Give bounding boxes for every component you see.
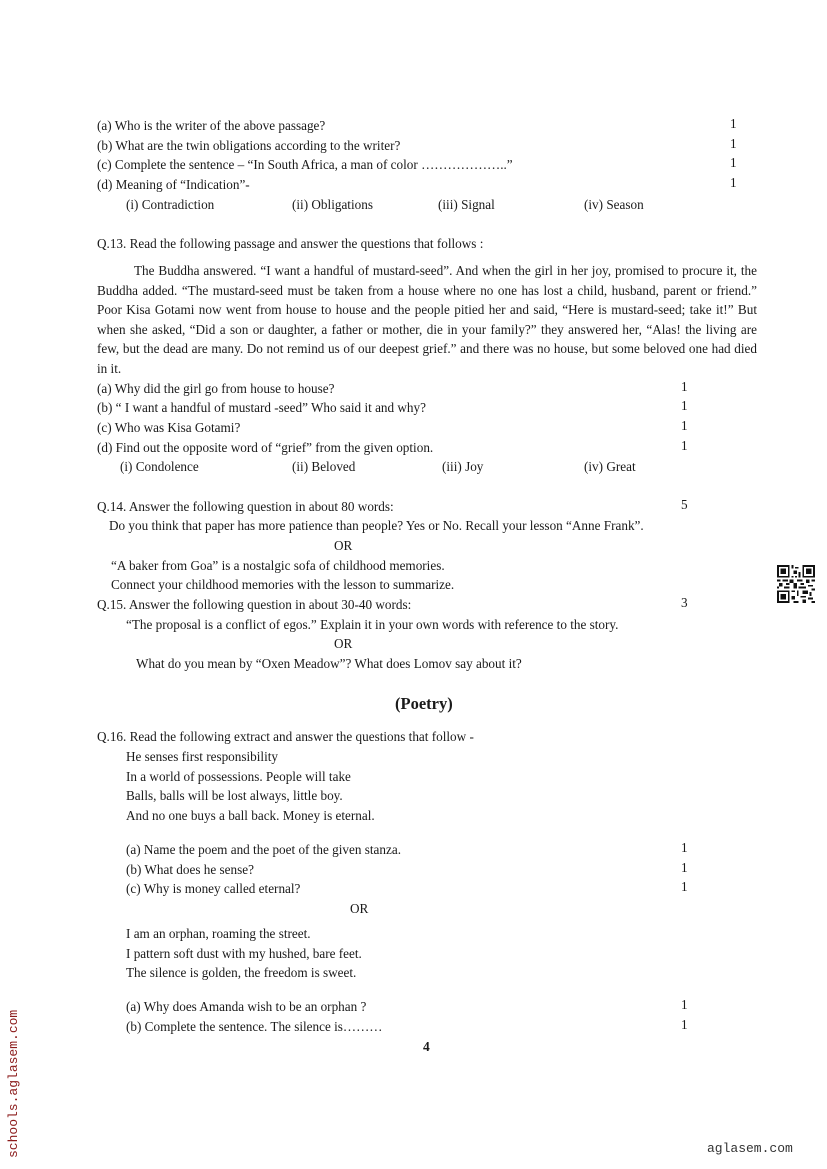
q12-sub-b-marks: 1 [730,136,737,152]
watermark-footer-text: aglasem.com [707,1141,793,1156]
q16-alt-sub-b-marks: 1 [681,1017,688,1033]
q16-sub-a-marks: 1 [681,840,688,856]
q14-title: Q.14. Answer the following question in a… [97,497,394,516]
q16-extract-line-4: And no one buys a ball back. Money is et… [126,806,375,825]
q14-or: OR [334,536,352,555]
q13-option-3: (iii) Joy [442,457,483,476]
q13-sub-d-marks: 1 [681,438,688,454]
qr-code-icon [777,565,815,603]
q16-sub-c-marks: 1 [681,879,688,895]
q12-sub-d-marks: 1 [730,175,737,191]
q12-option-4: (iv) Season [584,195,644,214]
q16-or: OR [350,899,368,918]
q15-alt: What do you mean by “Oxen Meadow”? What … [136,654,522,673]
q16-alt-sub-a: (a) Why does Amanda wish to be an orphan… [126,997,366,1016]
q12-sub-a-marks: 1 [730,116,737,132]
q12-sub-c-marks: 1 [730,155,737,171]
q15-marks: 3 [681,595,688,611]
q15-title: Q.15. Answer the following question in a… [97,595,411,614]
section-heading-poetry: (Poetry) [395,694,453,714]
q16-alt-extract-line-3: The silence is golden, the freedom is sw… [126,963,356,982]
q16-title: Q.16. Read the following extract and ans… [97,727,474,746]
q16-sub-c: (c) Why is money called eternal? [126,879,300,898]
q12-sub-b: (b) What are the twin obligations accord… [97,136,400,155]
q16-extract-line-2: In a world of possessions. People will t… [126,767,351,786]
q12-sub-c: (c) Complete the sentence – “In South Af… [97,155,513,174]
q13-sub-c: (c) Who was Kisa Gotami? [97,418,240,437]
q13-sub-a-marks: 1 [681,379,688,395]
q16-sub-b: (b) What does he sense? [126,860,254,879]
q13-sub-d: (d) Find out the opposite word of “grief… [97,438,433,457]
q12-sub-a: (a) Who is the writer of the above passa… [97,116,325,135]
q14-alt-line2: Connect your childhood memories with the… [111,575,454,594]
q13-option-1: (i) Condolence [120,457,199,476]
q16-extract-line-3: Balls, balls will be lost always, little… [126,786,343,805]
q13-sub-b-marks: 1 [681,398,688,414]
q14-alt-line1: “A baker from Goa” is a nostalgic sofa o… [111,556,445,575]
watermark-side-text: schools.aglasem.com [6,1010,21,1158]
q13-option-2: (ii) Beloved [292,457,355,476]
q12-option-1: (i) Contradiction [126,195,214,214]
q16-alt-sub-b: (b) Complete the sentence. The silence i… [126,1017,382,1036]
q13-sub-c-marks: 1 [681,418,688,434]
q14-question: Do you think that paper has more patienc… [109,516,644,535]
q16-sub-b-marks: 1 [681,860,688,876]
q13-title: Q.13. Read the following passage and ans… [97,234,483,253]
q16-alt-extract-line-1: I am an orphan, roaming the street. [126,924,311,943]
q16-alt-sub-a-marks: 1 [681,997,688,1013]
q12-option-2: (ii) Obligations [292,195,373,214]
q12-option-3: (iii) Signal [438,195,495,214]
q16-extract-line-1: He senses first responsibility [126,747,278,766]
q15-or: OR [334,634,352,653]
q16-alt-extract-line-2: I pattern soft dust with my hushed, bare… [126,944,362,963]
q13-sub-b: (b) “ I want a handful of mustard -seed”… [97,398,426,417]
q12-sub-d: (d) Meaning of “Indication”- [97,175,250,194]
q13-option-4: (iv) Great [584,457,636,476]
q14-marks: 5 [681,497,688,513]
page-number: 4 [423,1039,430,1055]
q13-passage: The Buddha answered. “I want a handful o… [97,261,757,379]
q13-sub-a: (a) Why did the girl go from house to ho… [97,379,334,398]
q15-question: “The proposal is a conflict of egos.” Ex… [126,615,618,634]
q16-sub-a: (a) Name the poem and the poet of the gi… [126,840,401,859]
